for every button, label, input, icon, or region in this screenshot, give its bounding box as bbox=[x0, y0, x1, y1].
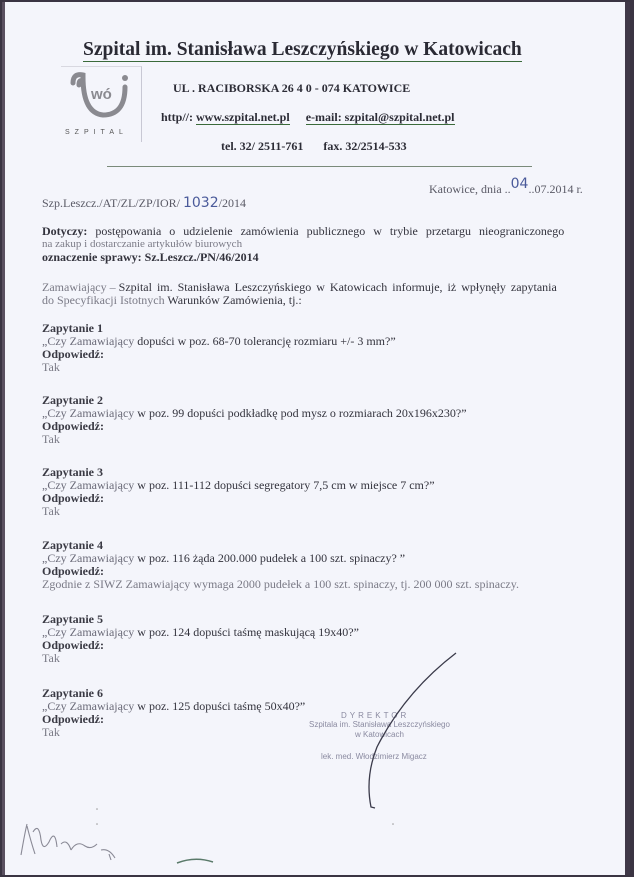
director-signature-icon bbox=[5, 2, 630, 875]
scanned-letter-page: Szpital im. Stanisława Leszczyńskiego w … bbox=[2, 2, 630, 875]
